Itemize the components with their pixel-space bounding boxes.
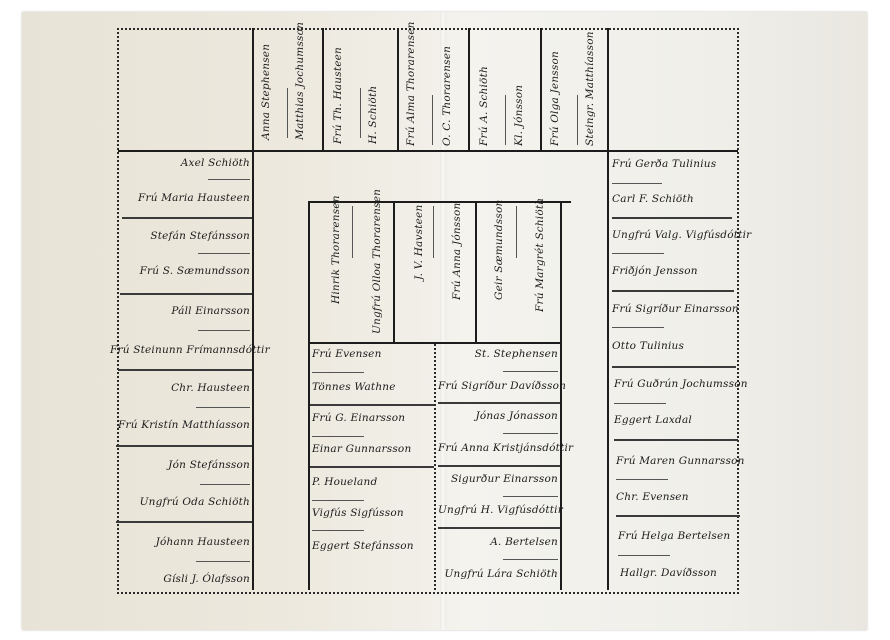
- inner-col-line-1: [393, 203, 395, 343]
- group-divider: [310, 404, 434, 406]
- pair-divider: [312, 530, 364, 531]
- left-seat-12: Gísli J. Ólafsson: [118, 573, 250, 585]
- pair-divider: [196, 561, 250, 562]
- pair-divider: [208, 179, 250, 180]
- inner-col-2-lower: Frú Anna Jónsson: [451, 203, 463, 300]
- left-seat-11: Jóhann Hausteen: [118, 536, 250, 548]
- inner-left-seat-1: Frú Evensen: [312, 348, 382, 360]
- inner-right-seat-4: Frú Anna Kristjánsdóttir: [438, 442, 558, 454]
- top-col-5-upper: Frú Olga Jensson: [549, 51, 561, 146]
- pair-divider: [618, 555, 670, 556]
- pair-divider: [312, 436, 364, 437]
- inner-divider-3: [516, 206, 517, 258]
- right-seat-11: Frú Helga Bertelsen: [618, 530, 730, 542]
- inner-left-seat-4: Einar Gunnarsson: [312, 443, 411, 455]
- inner-right-seat-7: A. Bertelsen: [438, 536, 558, 548]
- top-col-3-upper: Frú Alma Thorarensen: [405, 21, 417, 146]
- pair-divider: [614, 403, 666, 404]
- top-col-5-lower: Steingr. Matthíasson: [584, 31, 596, 146]
- inner-col-line-2: [475, 203, 477, 343]
- group-divider: [310, 466, 434, 468]
- pair-divider: [198, 253, 250, 254]
- group-divider: [438, 402, 560, 404]
- inner-right-line: [560, 201, 562, 590]
- right-seat-8: Eggert Laxdal: [614, 414, 692, 426]
- inner-col-3-lower: Frú Margrét Schiöth: [534, 198, 546, 312]
- group-divider: [616, 515, 740, 517]
- left-seat-10: Ungfrú Oda Schiöth: [118, 496, 250, 508]
- inner-right-seat-8: Ungfrú Lára Schiöth: [438, 568, 558, 580]
- top-divider-3: [432, 95, 433, 145]
- inner-dotted-divider: [434, 344, 436, 590]
- top-col-line-2: [322, 28, 324, 150]
- left-seat-3: Stefán Stefánsson: [118, 230, 250, 242]
- left-seat-4: Frú S. Sæmundsson: [118, 265, 250, 277]
- inner-left-seat-2: Tönnes Wathne: [312, 381, 396, 393]
- right-seat-12: Hallgr. Davíðsson: [620, 567, 717, 579]
- right-seat-10: Chr. Evensen: [616, 491, 689, 503]
- left-seat-1: Axel Schiöth: [118, 157, 250, 169]
- group-divider: [612, 217, 732, 219]
- left-seat-5: Páll Einarsson: [118, 305, 250, 317]
- group-divider: [438, 465, 560, 467]
- left-seat-6: Frú Steinunn Frímannsdóttir: [110, 344, 250, 356]
- left-seat-8: Frú Kristín Matthíasson: [118, 419, 250, 431]
- inner-right-seat-5: Sigurður Einarsson: [438, 473, 558, 485]
- pair-divider: [198, 330, 250, 331]
- right-seat-2: Carl F. Schiöth: [612, 193, 694, 205]
- top-col-4-upper: Frú A. Schiöth: [478, 66, 490, 146]
- top-divider-1: [287, 88, 288, 138]
- top-col-line-1: [252, 28, 254, 590]
- inner-col-1-upper: Hinrik Thorarensen: [330, 195, 342, 304]
- pair-divider: [612, 253, 664, 254]
- group-divider: [438, 527, 560, 529]
- inner-col-3-upper: Geir Sæmundsson: [493, 200, 505, 300]
- pair-divider: [200, 484, 250, 485]
- top-col-line-3: [397, 28, 399, 150]
- group-divider: [118, 369, 252, 371]
- top-col-line-4: [468, 28, 470, 150]
- right-seat-7: Frú Guðrún Jochumsson: [614, 378, 748, 390]
- right-seat-9: Frú Maren Gunnarsson: [616, 455, 745, 467]
- top-col-3-lower: O. C. Thorarensen: [441, 46, 453, 146]
- top-col-1-lower: Matthias Jochumsson: [294, 22, 306, 140]
- pair-divider: [196, 407, 250, 408]
- top-table-line: [118, 150, 738, 152]
- right-seat-6: Otto Tulinius: [612, 340, 684, 352]
- group-divider: [122, 217, 252, 219]
- group-divider: [116, 445, 252, 447]
- pair-divider: [503, 433, 558, 434]
- inner-left-seat-6: Vigfús Sigfússon: [312, 507, 404, 519]
- pair-divider: [312, 500, 364, 501]
- inner-divider-1: [352, 206, 353, 258]
- inner-left-line: [308, 201, 310, 590]
- top-divider-4: [505, 95, 506, 145]
- top-divider-5: [577, 95, 578, 145]
- inner-left-seat-7: Eggert Stefánsson: [312, 540, 414, 552]
- inner-divider-2: [433, 206, 434, 258]
- pair-divider: [503, 559, 558, 560]
- group-divider: [120, 293, 252, 295]
- left-seat-7: Chr. Hausteen: [118, 382, 250, 394]
- top-col-line-6: [607, 28, 609, 590]
- group-divider: [614, 439, 738, 441]
- pair-divider: [503, 371, 558, 372]
- inner-col-1-lower: Ungfrú Olloa Thorarensen: [371, 189, 383, 334]
- right-seat-3: Ungfrú Valg. Vigfúsdóttir: [612, 229, 751, 241]
- inner-col-2-upper: J. V. Havsteen: [413, 205, 425, 280]
- top-col-2-upper: Frú Th. Hausteen: [332, 47, 344, 144]
- left-seat-9: Jón Stefánsson: [118, 459, 250, 471]
- inner-right-seat-6: Ungfrú H. Vigfúsdóttir: [438, 504, 558, 516]
- right-seat-1: Frú Gerða Tulinius: [612, 158, 716, 170]
- inner-top-line: [309, 201, 571, 203]
- pair-divider: [612, 183, 662, 184]
- group-divider: [612, 290, 734, 292]
- right-seat-5: Frú Sigríður Einarsson: [612, 303, 739, 315]
- top-col-4-lower: Kl. Jónsson: [513, 85, 525, 146]
- pair-divider: [612, 327, 664, 328]
- inner-left-seat-3: Frú G. Einarsson: [312, 412, 405, 424]
- pair-divider: [616, 479, 668, 480]
- pair-divider: [503, 496, 558, 497]
- top-col-2-lower: H. Schiöth: [367, 86, 379, 144]
- right-seat-4: Friðjón Jensson: [612, 265, 698, 277]
- left-seat-2: Frú Maria Hausteen: [118, 192, 250, 204]
- group-divider: [612, 366, 736, 368]
- top-col-1-upper: Anna Stephensen: [260, 44, 272, 140]
- group-divider: [116, 521, 252, 523]
- inner-right-seat-3: Jónas Jónasson: [438, 410, 558, 422]
- inner-left-seat-5: P. Houeland: [312, 476, 377, 488]
- inner-right-seat-2: Frú Sigríður Davíðsson: [438, 380, 558, 392]
- top-divider-2: [360, 88, 361, 138]
- inner-right-seat-1: St. Stephensen: [438, 348, 558, 360]
- pair-divider: [312, 372, 364, 373]
- top-col-line-5: [540, 28, 542, 150]
